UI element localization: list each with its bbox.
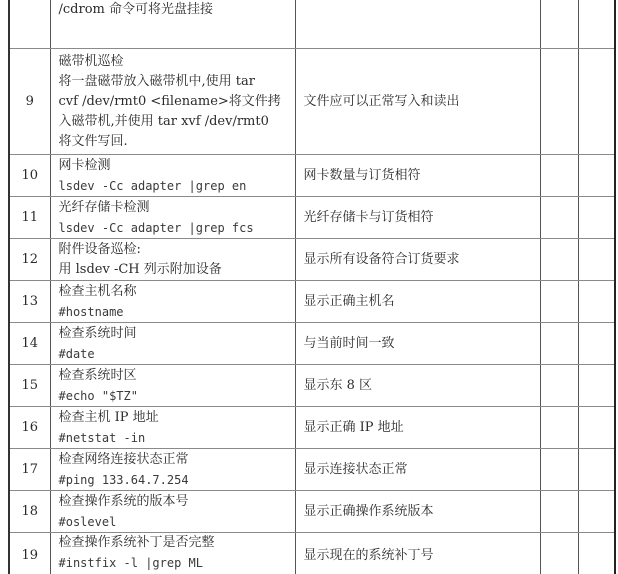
result-cell[interactable]: [540, 197, 578, 239]
expected-result: 显示连接状态正常: [295, 449, 540, 491]
check-item: 网卡检测 lsdev -Cc adapter |grep en: [50, 155, 295, 197]
check-item-title: 检查操作系统的版本号: [59, 492, 291, 512]
table-row: 15 检查系统时区 #echo "$TZ" 显示东 8 区: [9, 365, 615, 407]
check-item-title: 检查主机名称: [59, 282, 291, 302]
remark-cell[interactable]: [578, 49, 615, 155]
row-number: 16: [9, 407, 50, 449]
table-row: 13 检查主机名称 #hostname 显示正确主机名: [9, 281, 615, 323]
row-number: 10: [9, 155, 50, 197]
result-cell[interactable]: [540, 533, 578, 574]
expected-result: 显示正确 IP 地址: [295, 407, 540, 449]
remark-cell[interactable]: [578, 449, 615, 491]
check-item: 检查主机 IP 地址 #netstat -in: [50, 407, 295, 449]
check-item: 光纤存储卡检测 lsdev -Cc adapter |grep fcs: [50, 197, 295, 239]
check-item-title: 检查系统时区: [59, 366, 291, 386]
check-item: 检查操作系统的版本号 #oslevel: [50, 491, 295, 533]
expected-result: 与当前时间一致: [295, 323, 540, 365]
check-item-command: #echo "$TZ": [59, 386, 291, 406]
check-item-command: #instfix -l |grep ML: [59, 553, 291, 573]
check-item-title: 网卡检测: [59, 156, 291, 176]
result-cell[interactable]: [540, 365, 578, 407]
remark-cell[interactable]: [578, 533, 615, 574]
check-item-title: 附件设备巡检:: [59, 240, 291, 260]
table-row: 11 光纤存储卡检测 lsdev -Cc adapter |grep fcs 光…: [9, 197, 615, 239]
check-item-line: /cdrom 命令可将光盘挂接: [59, 0, 291, 20]
remark-cell[interactable]: [578, 155, 615, 197]
check-item-command: lsdev -Cc adapter |grep fcs: [59, 218, 291, 238]
expected-result: 显示所有设备符合订货要求: [295, 239, 540, 281]
row-number: 13: [9, 281, 50, 323]
check-item-command: 用 lsdev -CH 列示附加设备: [59, 260, 291, 280]
table-row: 14 检查系统时间 #date 与当前时间一致: [9, 323, 615, 365]
expected-result: 光纤存储卡与订货相符: [295, 197, 540, 239]
check-item-command: #date: [59, 344, 291, 364]
result-cell[interactable]: [540, 0, 578, 49]
table-row: 9 磁带机巡检 将一盘磁带放入磁带机中,使用 tar cvf /dev/rmt0…: [9, 49, 615, 155]
expected-result: 显示正确操作系统版本: [295, 491, 540, 533]
remark-cell[interactable]: [578, 323, 615, 365]
check-item-title: 检查操作系统补丁是否完整: [59, 533, 291, 553]
check-item-line: cvf /dev/rmt0 <filename>将文件拷: [59, 92, 291, 112]
remark-cell[interactable]: [578, 407, 615, 449]
check-item-line: 将一盘磁带放入磁带机中,使用 tar: [59, 72, 291, 92]
remark-cell[interactable]: [578, 491, 615, 533]
result-cell[interactable]: [540, 407, 578, 449]
remark-cell[interactable]: [578, 0, 615, 49]
check-item: 检查主机名称 #hostname: [50, 281, 295, 323]
result-cell[interactable]: [540, 155, 578, 197]
check-item-title: 检查系统时间: [59, 324, 291, 344]
check-item-title: 光纤存储卡检测: [59, 198, 291, 218]
check-item: 检查系统时区 #echo "$TZ": [50, 365, 295, 407]
result-cell[interactable]: [540, 323, 578, 365]
check-item-title: 检查主机 IP 地址: [59, 408, 291, 428]
remark-cell[interactable]: [578, 281, 615, 323]
result-cell[interactable]: [540, 239, 578, 281]
table-row: 18 检查操作系统的版本号 #oslevel 显示正确操作系统版本: [9, 491, 615, 533]
table-row: 19 检查操作系统补丁是否完整 #instfix -l |grep ML 显示现…: [9, 533, 615, 574]
check-item-command: lsdev -Cc adapter |grep en: [59, 176, 291, 196]
expected-result: 网卡数量与订货相符: [295, 155, 540, 197]
check-item: 附件设备巡检: 用 lsdev -CH 列示附加设备: [50, 239, 295, 281]
check-item-title: 磁带机巡检: [59, 52, 291, 72]
row-number: 19: [9, 533, 50, 574]
expected-result: 显示东 8 区: [295, 365, 540, 407]
check-item-line: 将文件写回.: [59, 132, 291, 152]
result-cell[interactable]: [540, 49, 578, 155]
table-row: 10 网卡检测 lsdev -Cc adapter |grep en 网卡数量与…: [9, 155, 615, 197]
row-number: 15: [9, 365, 50, 407]
expected-result: 显示正确主机名: [295, 281, 540, 323]
check-item-title: 检查网络连接状态正常: [59, 450, 291, 470]
expected-result: [295, 0, 540, 49]
result-cell[interactable]: [540, 491, 578, 533]
table-row: 17 检查网络连接状态正常 #ping 133.64.7.254 显示连接状态正…: [9, 449, 615, 491]
remark-cell[interactable]: [578, 365, 615, 407]
row-number: 9: [9, 49, 50, 155]
table-row: 16 检查主机 IP 地址 #netstat -in 显示正确 IP 地址: [9, 407, 615, 449]
check-item-line: 入磁带机,并使用 tar xvf /dev/rmt0: [59, 112, 291, 132]
row-number: 14: [9, 323, 50, 365]
check-item: 检查系统时间 #date: [50, 323, 295, 365]
check-item-command: #hostname: [59, 302, 291, 322]
check-item-command: #netstat -in: [59, 428, 291, 448]
remark-cell[interactable]: [578, 197, 615, 239]
remark-cell[interactable]: [578, 239, 615, 281]
row-number: 11: [9, 197, 50, 239]
check-item: 检查网络连接状态正常 #ping 133.64.7.254: [50, 449, 295, 491]
row-number: 17: [9, 449, 50, 491]
check-item: /cdrom 命令可将光盘挂接: [50, 0, 295, 49]
check-item-command: #oslevel: [59, 512, 291, 532]
expected-result: 文件应可以正常写入和读出: [295, 49, 540, 155]
table-row: /cdrom 命令可将光盘挂接: [9, 0, 615, 49]
check-item: 磁带机巡检 将一盘磁带放入磁带机中,使用 tar cvf /dev/rmt0 <…: [50, 49, 295, 155]
table-row: 12 附件设备巡检: 用 lsdev -CH 列示附加设备 显示所有设备符合订货…: [9, 239, 615, 281]
result-cell[interactable]: [540, 281, 578, 323]
inspection-table: /cdrom 命令可将光盘挂接 9 磁带机巡检 将一盘磁带放入磁带机中,使用 t…: [8, 0, 616, 574]
check-item: 检查操作系统补丁是否完整 #instfix -l |grep ML: [50, 533, 295, 574]
result-cell[interactable]: [540, 449, 578, 491]
row-number: [9, 0, 50, 49]
expected-result: 显示现在的系统补丁号: [295, 533, 540, 574]
row-number: 12: [9, 239, 50, 281]
row-number: 18: [9, 491, 50, 533]
check-item-command: #ping 133.64.7.254: [59, 470, 291, 490]
